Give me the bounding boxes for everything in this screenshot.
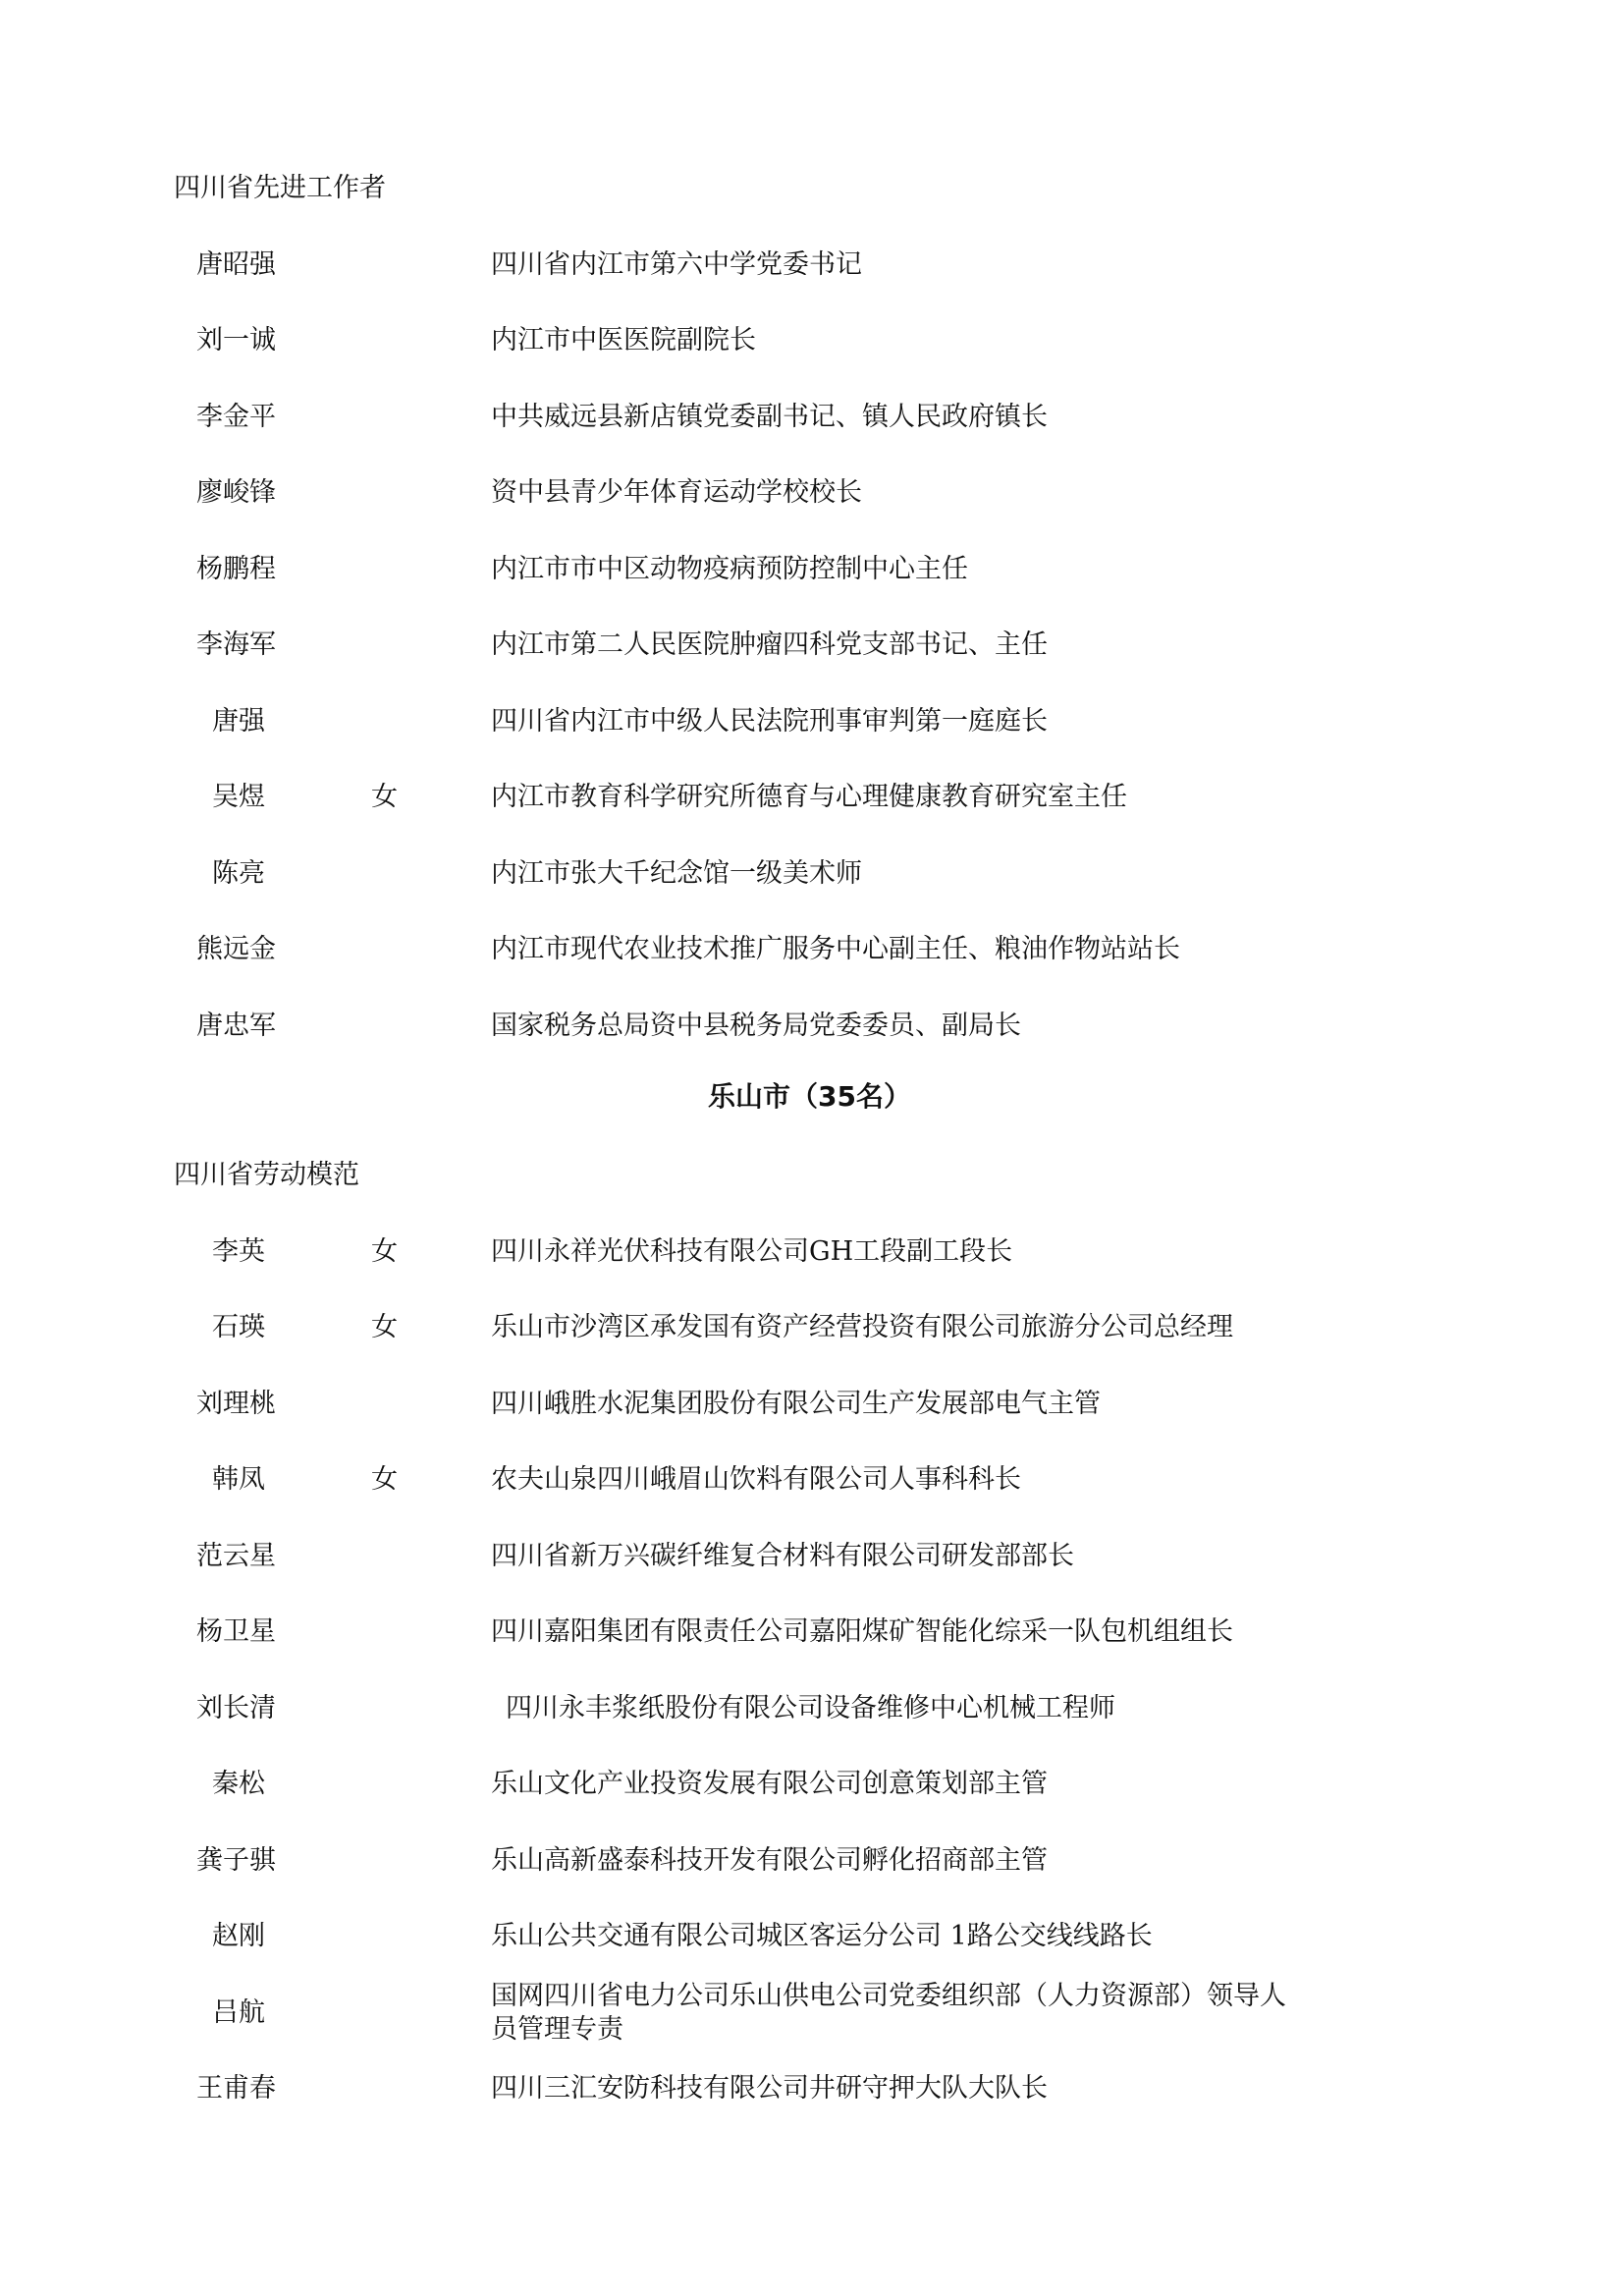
section-heading-advanced-workers: 四川省先进工作者 [174,172,386,205]
person-name: 李海军 [196,629,276,662]
person-title: 乐山市沙湾区承发国有资产经营投资有限公司旅游分公司总经理 [491,1311,1233,1344]
person-title: 四川三汇安防科技有限公司井研守押大队大队长 [491,2072,1048,2105]
list-item: 廖峻锋 资中县青少年体育运动学校校长 [0,476,1623,510]
person-gender: 女 [371,781,398,814]
person-title-line2: 员管理专责 [491,2013,1473,2047]
person-title: 内江市第二人民医院肿瘤四科党支部书记、主任 [491,629,1048,662]
person-title: 四川永祥光伏科技有限公司GH工段副工段长 [491,1235,1012,1269]
person-name: 唐忠军 [196,1010,276,1043]
city-heading-text: 乐山市（35名） [708,1080,911,1113]
list-item: 唐强 四川省内江市中级人民法院刑事审判第一庭庭长 [0,705,1623,738]
list-item: 韩凤 女 农夫山泉四川峨眉山饮料有限公司人事科科长 [0,1463,1623,1497]
list-item: 吕航 国网四川省电力公司乐山供电公司党委组织部（人力资源部）领导人 员管理专责 [0,1980,1623,2047]
person-name: 刘理桃 [196,1388,276,1421]
person-title: 四川省新万兴碳纤维复合材料有限公司研发部部长 [491,1540,1074,1573]
person-title: 乐山公共交通有限公司城区客运分公司 1路公交线线路长 [491,1920,1153,1953]
person-name: 赵刚 [212,1920,265,1953]
list-item: 赵刚 乐山公共交通有限公司城区客运分公司 1路公交线线路长 [0,1920,1623,1953]
document-page: 四川省先进工作者 唐昭强 四川省内江市第六中学党委书记 刘一诚 内江市中医医院副… [0,0,1623,2296]
list-item: 石瑛 女 乐山市沙湾区承发国有资产经营投资有限公司旅游分公司总经理 [0,1311,1623,1344]
list-item: 李海军 内江市第二人民医院肿瘤四科党支部书记、主任 [0,629,1623,662]
list-item: 唐忠军 国家税务总局资中县税务局党委委员、副局长 [0,1010,1623,1043]
section-heading-labor-models: 四川省劳动模范 [174,1159,359,1192]
city-heading: 乐山市（35名） [0,1080,1623,1114]
person-name: 韩凤 [212,1463,265,1497]
person-title: 四川永丰浆纸股份有限公司设备维修中心机械工程师 [506,1692,1115,1725]
list-item: 吴煜 女 内江市教育科学研究所德育与心理健康教育研究室主任 [0,781,1623,814]
list-item: 唐昭强 四川省内江市第六中学党委书记 [0,248,1623,282]
list-item: 刘长清 四川永丰浆纸股份有限公司设备维修中心机械工程师 [0,1692,1623,1725]
person-name: 唐强 [212,705,265,738]
list-item: 杨鹏程 内江市市中区动物疫病预防控制中心主任 [0,553,1623,586]
person-title: 资中县青少年体育运动学校校长 [491,476,862,510]
person-gender: 女 [371,1311,398,1344]
person-title-line1: 国网四川省电力公司乐山供电公司党委组织部（人力资源部）领导人 [491,1980,1473,2013]
person-name: 杨鹏程 [196,553,276,586]
person-name: 吕航 [212,1996,265,2030]
person-name: 廖峻锋 [196,476,276,510]
list-item: 王甫春 四川三汇安防科技有限公司井研守押大队大队长 [0,2072,1623,2105]
list-item: 范云星 四川省新万兴碳纤维复合材料有限公司研发部部长 [0,1540,1623,1573]
list-item: 龚子骐 乐山高新盛泰科技开发有限公司孵化招商部主管 [0,1844,1623,1878]
person-title: 内江市张大千纪念馆一级美术师 [491,857,862,891]
person-title: 内江市现代农业技术推广服务中心副主任、粮油作物站站长 [491,933,1180,966]
person-title: 农夫山泉四川峨眉山饮料有限公司人事科科长 [491,1463,1021,1497]
person-name: 王甫春 [196,2072,276,2105]
list-item: 陈亮 内江市张大千纪念馆一级美术师 [0,857,1623,891]
person-name: 李英 [212,1235,265,1269]
person-name: 秦松 [212,1768,265,1801]
person-name: 刘长清 [196,1692,276,1725]
person-title: 中共威远县新店镇党委副书记、镇人民政府镇长 [491,401,1048,434]
person-gender: 女 [371,1235,398,1269]
person-name: 龚子骐 [196,1844,276,1878]
person-name: 范云星 [196,1540,276,1573]
person-title: 乐山高新盛泰科技开发有限公司孵化招商部主管 [491,1844,1048,1878]
person-name: 唐昭强 [196,248,276,282]
person-title: 四川省内江市中级人民法院刑事审判第一庭庭长 [491,705,1048,738]
list-item: 李金平 中共威远县新店镇党委副书记、镇人民政府镇长 [0,401,1623,434]
list-item: 杨卫星 四川嘉阳集团有限责任公司嘉阳煤矿智能化综采一队包机组组长 [0,1615,1623,1649]
person-gender: 女 [371,1463,398,1497]
list-item: 秦松 乐山文化产业投资发展有限公司创意策划部主管 [0,1768,1623,1801]
person-name: 熊远金 [196,933,276,966]
person-title: 国家税务总局资中县税务局党委委员、副局长 [491,1010,1021,1043]
person-name: 吴煜 [212,781,265,814]
person-name: 刘一诚 [196,324,276,357]
list-item: 刘一诚 内江市中医医院副院长 [0,324,1623,357]
person-title: 四川峨胜水泥集团股份有限公司生产发展部电气主管 [491,1388,1101,1421]
list-item: 熊远金 内江市现代农业技术推广服务中心副主任、粮油作物站站长 [0,933,1623,966]
list-item: 李英 女 四川永祥光伏科技有限公司GH工段副工段长 [0,1235,1623,1269]
person-title: 四川嘉阳集团有限责任公司嘉阳煤矿智能化综采一队包机组组长 [491,1615,1233,1649]
person-title: 四川省内江市第六中学党委书记 [491,248,862,282]
person-title: 乐山文化产业投资发展有限公司创意策划部主管 [491,1768,1048,1801]
list-item: 刘理桃 四川峨胜水泥集团股份有限公司生产发展部电气主管 [0,1388,1623,1421]
person-name: 李金平 [196,401,276,434]
person-name: 杨卫星 [196,1615,276,1649]
person-name: 石瑛 [212,1311,265,1344]
person-title: 内江市中医医院副院长 [491,324,756,357]
person-title: 内江市市中区动物疫病预防控制中心主任 [491,553,968,586]
person-title: 内江市教育科学研究所德育与心理健康教育研究室主任 [491,781,1127,814]
person-name: 陈亮 [212,857,265,891]
